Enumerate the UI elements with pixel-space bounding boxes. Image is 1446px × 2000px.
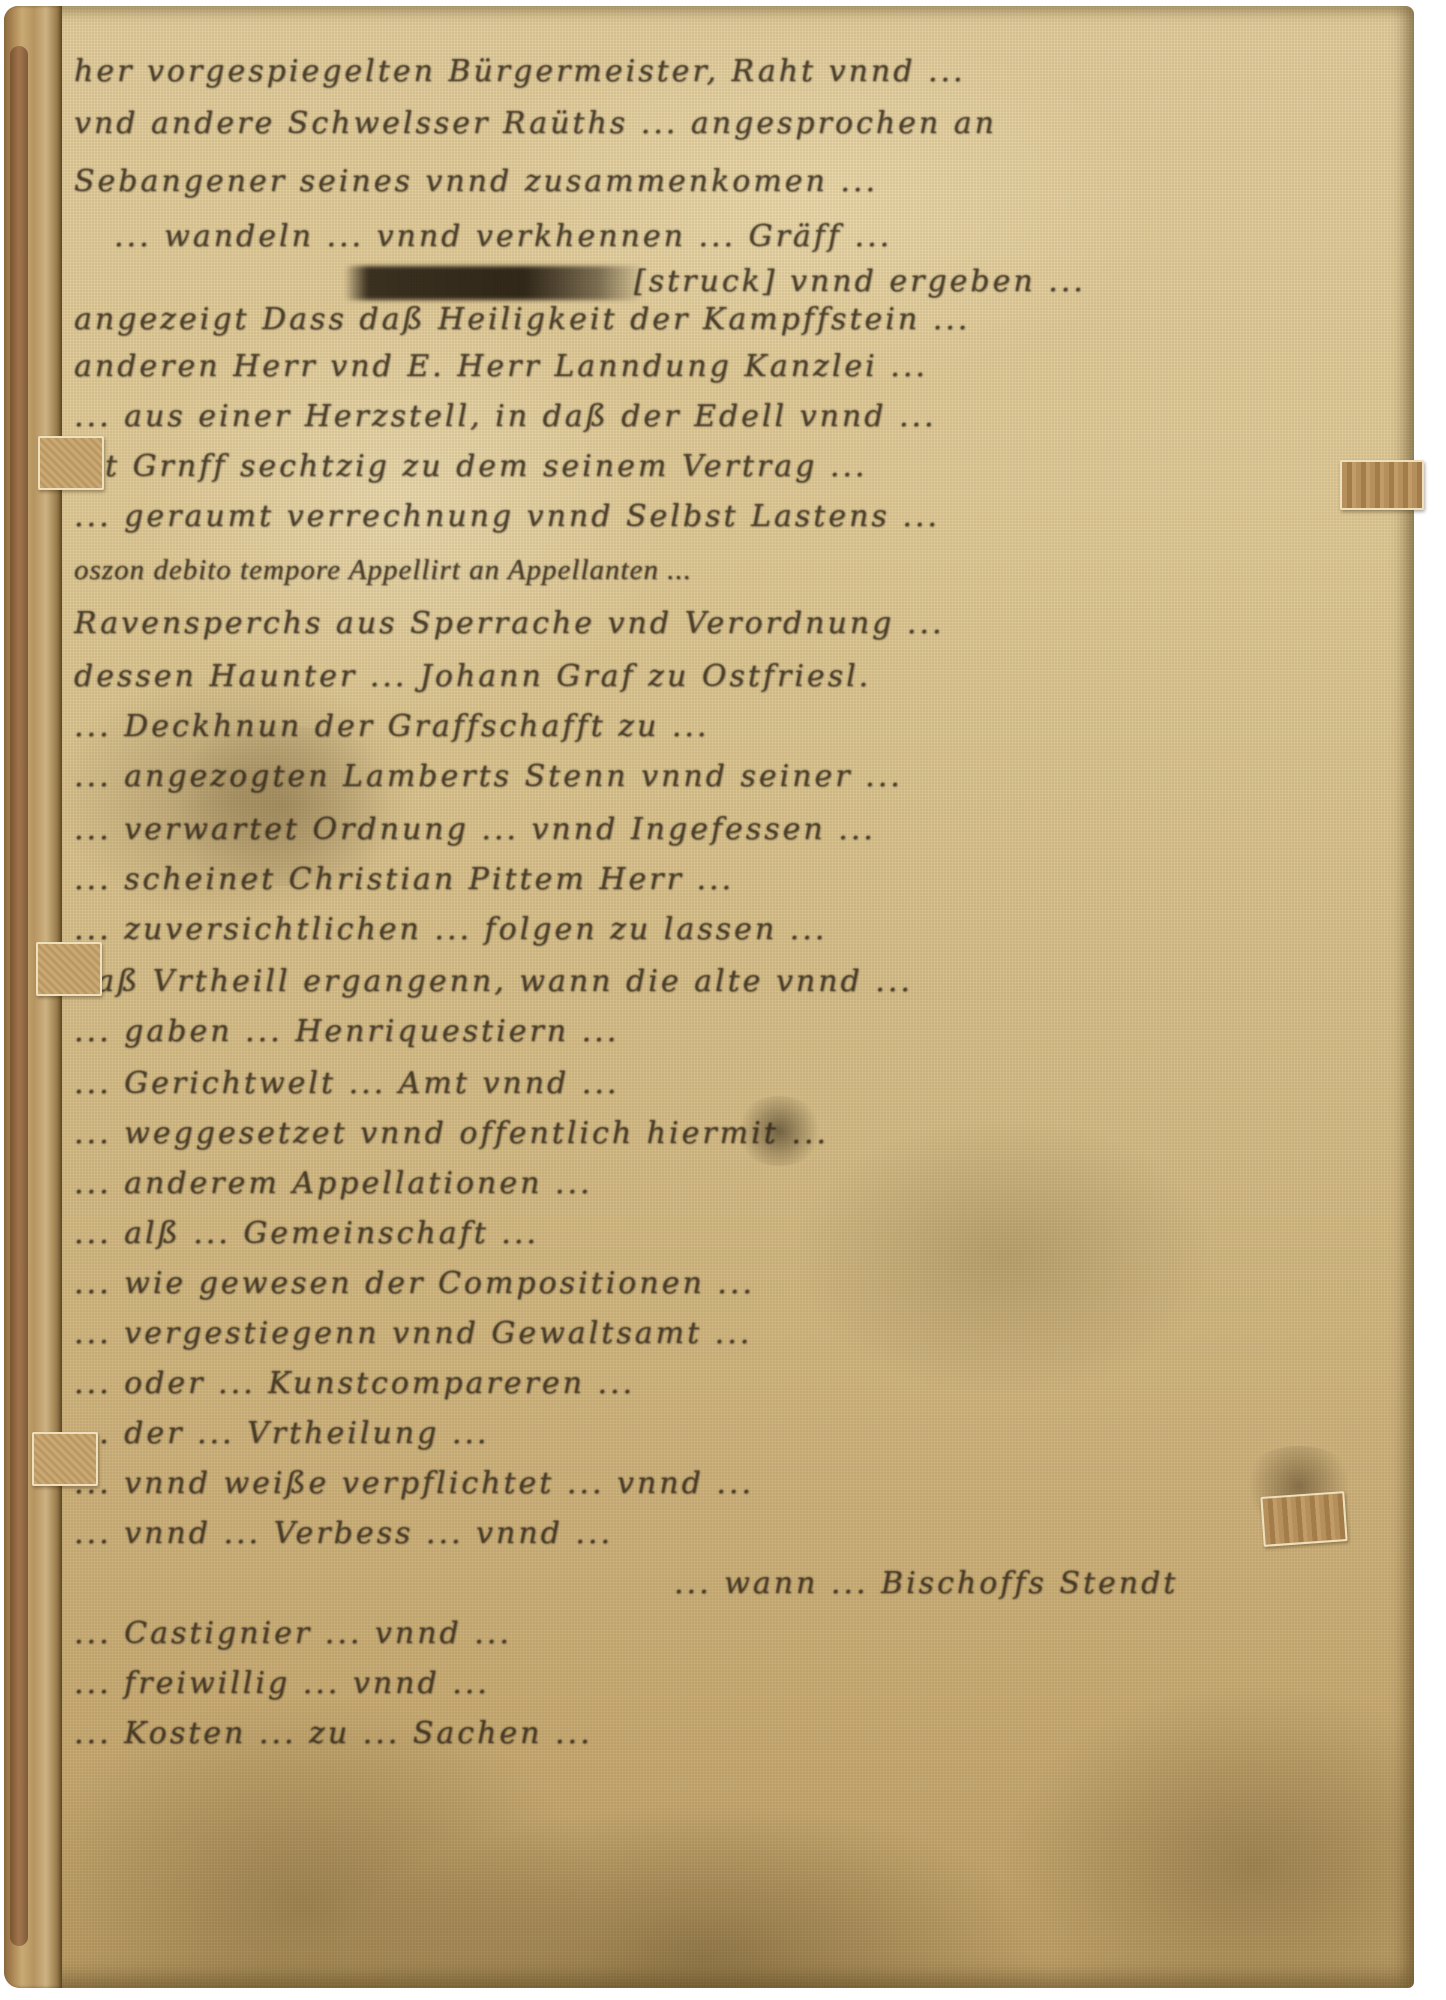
text-line: ist Grnff sechtzig zu dem seinem Vertrag… xyxy=(74,449,867,484)
cloth-tie-left-middle xyxy=(36,942,102,996)
text-line: dessen Haunter ... Johann Graf zu Ostfri… xyxy=(74,659,871,694)
text-line: ... aus einer Herzstell, in daß der Edel… xyxy=(74,399,937,434)
text-line: ... Castignier ... vnnd ... xyxy=(74,1616,512,1651)
text-line: ... Deckhnun der Graffschafft zu ... xyxy=(74,709,709,744)
text-line: Sebangener seines vnnd zusammenkomen ... xyxy=(74,164,878,199)
text-line: daß Vrtheill ergangenn, wann die alte vn… xyxy=(74,964,913,999)
text-line: ... oder ... Kunstcompareren ... xyxy=(74,1366,635,1401)
text-line: ... alß ... Gemeinschaft ... xyxy=(74,1216,539,1251)
cloth-tie-right-bottom xyxy=(1260,1491,1347,1547)
text-line: ... vnnd ... Verbess ... vnnd ... xyxy=(74,1516,613,1551)
text-line: vnd andere Schwelsser Raüths ... angespr… xyxy=(74,106,997,141)
struck-through-word xyxy=(344,266,644,300)
text-line: ... zuversichtlichen ... folgen zu lasse… xyxy=(74,912,827,947)
text-line: ... anderem Appellationen ... xyxy=(74,1166,593,1201)
text-line: anderen Herr vnd E. Herr Lanndung Kanzle… xyxy=(74,349,928,384)
text-line: ... angezogten Lamberts Stenn vnnd seine… xyxy=(74,759,903,794)
cloth-tie-right-top xyxy=(1340,460,1424,510)
manuscript-book-cover: her vorgespiegelten Bürgermeister, Raht … xyxy=(4,6,1414,1988)
text-line: ... wandeln ... vnnd verkhennen ... Gräf… xyxy=(114,219,892,254)
text-line: ... gaben ... Henriquestiern ... xyxy=(74,1014,619,1049)
text-line: ... wie gewesen der Compositionen ... xyxy=(74,1266,755,1301)
text-line: Ravensperchs aus Sperrache vnd Verordnun… xyxy=(74,606,945,641)
text-line: ... vnnd weiße verpflichtet ... vnnd ... xyxy=(74,1466,754,1501)
text-line: ... vergestiegenn vnnd Gewaltsamt ... xyxy=(74,1316,752,1351)
text-line: angezeigt Dass daß Heiligkeit der Kampff… xyxy=(74,302,970,337)
text-line: oszon debito tempore Appellirt an Appell… xyxy=(74,554,692,587)
spine-leather-strip xyxy=(10,46,28,1946)
text-line: ... der ... Vrtheilung ... xyxy=(74,1416,489,1451)
text-line: ... wann ... Bischoffs Stendt xyxy=(674,1566,1178,1601)
text-line: ... freiwillig ... vnnd ... xyxy=(74,1666,490,1701)
text-line: ... weggesetzet vnnd offentlich hiermit … xyxy=(74,1116,829,1151)
book-spine xyxy=(4,6,62,1988)
text-line: ... Gerichtwelt ... Amt vnnd ... xyxy=(74,1066,619,1101)
text-line: [struck] vnnd ergeben ... xyxy=(634,264,1086,299)
cloth-tie-left-top xyxy=(38,436,104,490)
text-line: ... geraumt verrechnung vnnd Selbst Last… xyxy=(74,499,940,534)
text-line: ... Kosten ... zu ... Sachen ... xyxy=(74,1716,593,1751)
text-line: her vorgespiegelten Bürgermeister, Raht … xyxy=(74,54,966,89)
text-line: ... verwartet Ordnung ... vnnd Ingefesse… xyxy=(74,812,876,847)
cloth-tie-left-bottom xyxy=(32,1432,98,1486)
text-line: ... scheinet Christian Pittem Herr ... xyxy=(74,862,734,897)
